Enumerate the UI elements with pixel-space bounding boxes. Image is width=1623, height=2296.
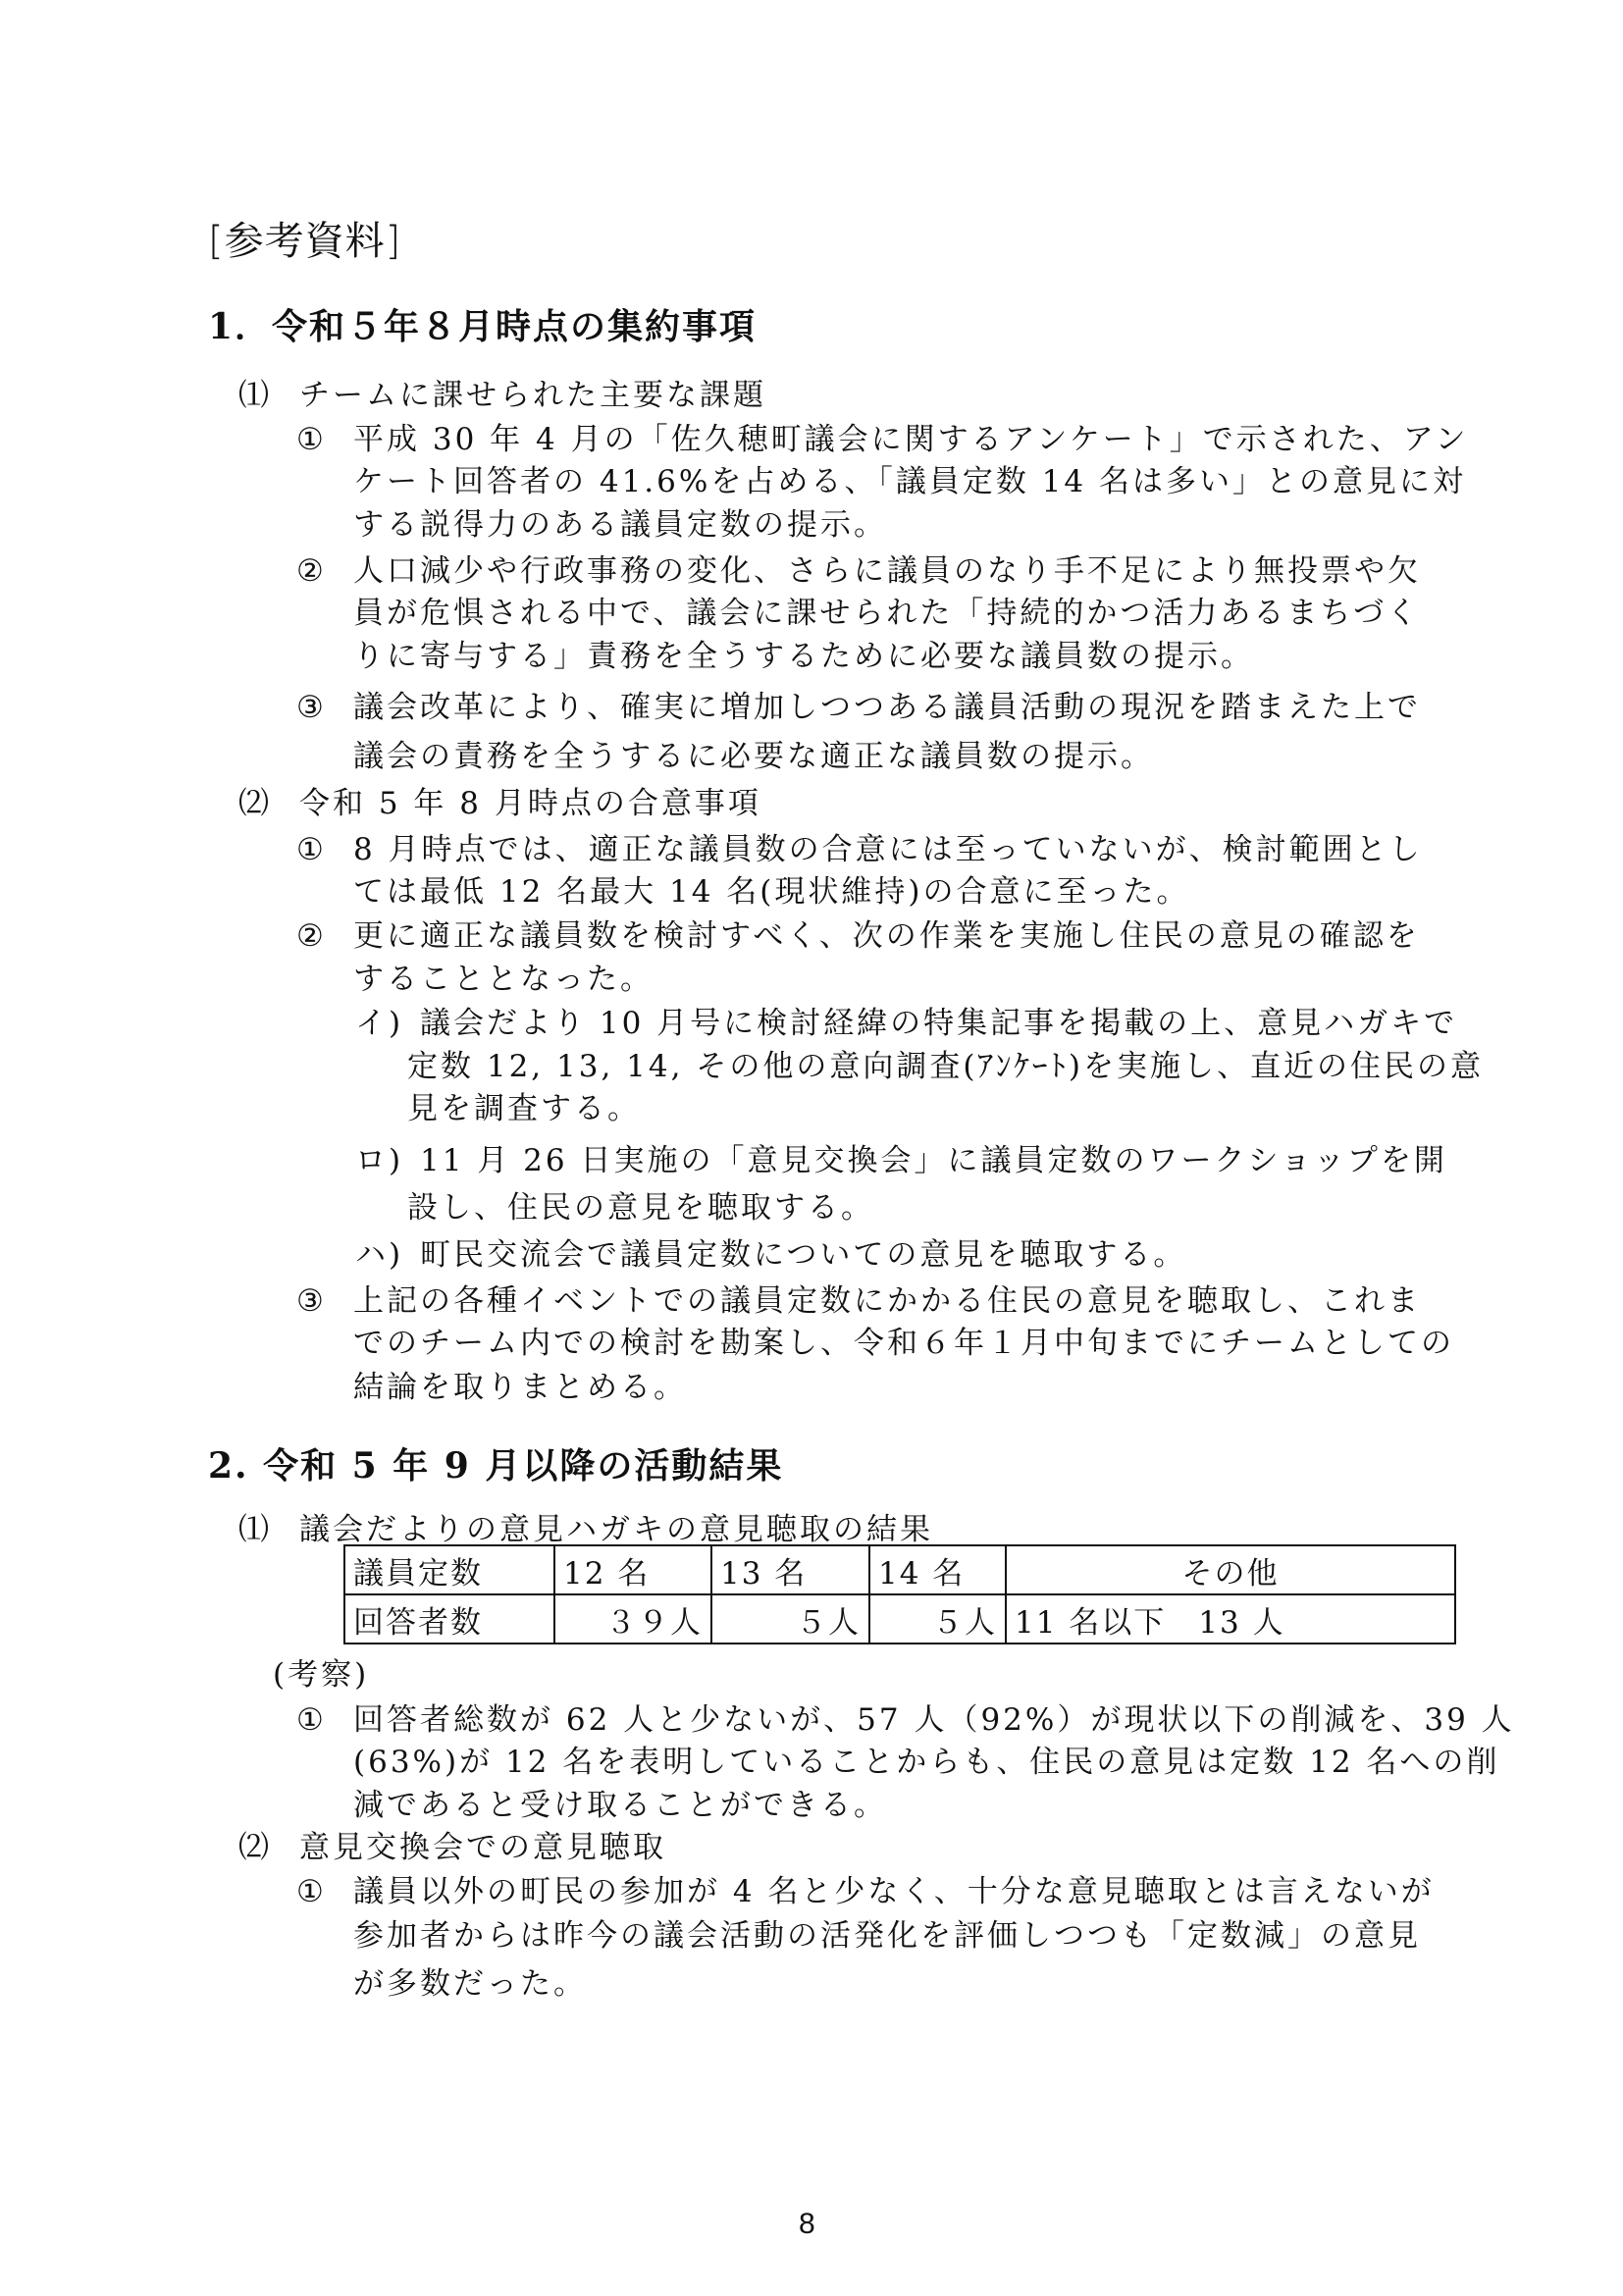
consideration-label: (考察)	[273, 1655, 369, 1695]
table-cell: 11 名以下 13 人	[1006, 1594, 1455, 1644]
section-1-sub-1-heading: ⑴チームに課せられた主要な課題	[238, 376, 766, 415]
agreement-item-3: ③上記の各種イベントでの議員定数にかかる住民の意見を聴取し、これま	[296, 1281, 1421, 1321]
sub-label: ⑵	[238, 1828, 299, 1867]
item-line: 議会だより 10 月号に検討経緯の特集記事を掲載の上、意見ハガキで	[420, 1006, 1457, 1041]
issue-item-1: ①平成 30 年 4 月の「佐久穂町議会に関するアンケート」で示された、アン	[296, 420, 1468, 459]
table-cell: ５人	[711, 1594, 869, 1644]
table-cell: 12 名	[554, 1545, 711, 1594]
item-number: ①	[296, 830, 353, 869]
item-line: 人口減少や行政事務の変化、さらに議員のなり手不足により無投票や欠	[353, 553, 1421, 589]
item-line: 上記の各種イベントでの議員定数にかかる住民の意見を聴取し、これま	[353, 1283, 1421, 1319]
sub-title: チームに課せられた主要な課題	[299, 378, 766, 413]
item-number: ③	[296, 1281, 353, 1321]
sub-label: ⑴	[238, 376, 299, 415]
item-line: する説得力のある議員定数の提示。	[353, 505, 887, 545]
item-line: 11 月 26 日実施の「意見交換会」に議員定数のワークショップを開	[420, 1143, 1447, 1178]
item-number: ②	[296, 916, 353, 956]
item-line: 議会の責務を全うするに必要な適正な議員数の提示。	[353, 737, 1154, 776]
item-line: 員が危惧される中で、議会に課せられた「持続的かつ活力あるまちづく	[353, 594, 1420, 633]
section-2-sub-2-heading: ⑵意見交換会での意見聴取	[238, 1828, 666, 1867]
sub-title: 令和 5 年 8 月時点の合意事項	[299, 786, 761, 821]
subitem-label: ロ)	[355, 1141, 420, 1180]
item-number: ①	[296, 420, 353, 459]
subitem-label: イ)	[355, 1004, 420, 1043]
table-row: 回答者数 ３９人 ５人 ５人 11 名以下 13 人	[344, 1594, 1455, 1644]
postcard-results-table: 議員定数 12 名 13 名 14 名 その他 回答者数 ３９人 ５人 ５人 1…	[343, 1544, 1456, 1644]
sub-label: ⑴	[238, 1510, 299, 1549]
item-line: 設し、住民の意見を聴取する。	[407, 1188, 874, 1227]
item-number: ①	[296, 1700, 353, 1740]
subitem-ro: ロ)11 月 26 日実施の「意見交換会」に議員定数のワークショップを開	[355, 1141, 1447, 1180]
item-line: 8 月時点では、適正な議員数の合意には至っていないが、検討範囲とし	[353, 832, 1423, 867]
sub-label: ⑵	[238, 784, 299, 823]
item-number: ②	[296, 551, 353, 591]
item-line: 参加者からは昨今の議会活動の活発化を評価しつつも「定数減」の意見	[353, 1916, 1421, 1956]
exchange-item-1: ①議員以外の町民の参加が 4 名と少なく、十分な意見聴取とは言えないが	[296, 1872, 1435, 1911]
item-line: ケート回答者の 41.6%を占める、「議員定数 14 名は多い」との意見に対	[353, 462, 1466, 501]
section-2-heading: 2. 令和 5 年 9 月以降の活動結果	[208, 1438, 783, 1488]
item-number: ③	[296, 688, 353, 727]
subitem-ha: ハ)町民交流会で議員定数についての意見を聴取する。	[355, 1235, 1186, 1275]
item-line: 議会改革により、確実に増加しつつある議員活動の現況を踏まえた上で	[353, 690, 1421, 725]
section-1-heading: 1．令和５年８月時点の集約事項	[208, 299, 757, 349]
item-line: 議員以外の町民の参加が 4 名と少なく、十分な意見聴取とは言えないが	[353, 1874, 1435, 1909]
section-1-sub-2-heading: ⑵令和 5 年 8 月時点の合意事項	[238, 784, 761, 823]
item-line: (63%)が 12 名を表明していることからも、住民の意見は定数 12 名への削	[353, 1743, 1499, 1782]
item-line: でのチーム内での検討を勘案し、令和６年１月中旬までにチームとしての	[353, 1324, 1454, 1363]
table-cell: その他	[1006, 1545, 1455, 1594]
item-line: が多数だった。	[353, 1964, 587, 2004]
issue-item-3: ③議会改革により、確実に増加しつつある議員活動の現況を踏まえた上で	[296, 688, 1421, 727]
item-line: することとなった。	[353, 960, 654, 999]
item-line: ては最低 12 名最大 14 名(現状維持)の合意に至った。	[353, 872, 1190, 912]
issue-item-2: ②人口減少や行政事務の変化、さらに議員のなり手不足により無投票や欠	[296, 551, 1421, 591]
item-line: 町民交流会で議員定数についての意見を聴取する。	[420, 1237, 1186, 1273]
table-cell: 回答者数	[344, 1594, 554, 1644]
sub-title: 議会だよりの意見ハガキの意見聴取の結果	[299, 1512, 933, 1547]
table-cell: 13 名	[711, 1545, 869, 1594]
table-header-row: 議員定数 12 名 13 名 14 名 その他	[344, 1545, 1455, 1594]
item-line: りに寄与する」責務を全うするために必要な議員数の提示。	[353, 637, 1254, 676]
page-number: 8	[799, 2208, 815, 2241]
document-page: [参考資料] 1．令和５年８月時点の集約事項 ⑴チームに課せられた主要な課題 ①…	[0, 0, 1623, 2296]
item-line: 減であると受け取ることができる。	[353, 1786, 887, 1825]
table-cell: ５人	[869, 1594, 1006, 1644]
item-line: 定数 12, 13, 14, その他の意向調査(ｱﾝｹｰﾄ)を実施し、直近の住民…	[407, 1047, 1484, 1086]
table-cell: 議員定数	[344, 1545, 554, 1594]
item-line: 結論を取りまとめる。	[353, 1368, 687, 1407]
table-cell: 14 名	[869, 1545, 1006, 1594]
consideration-item-1: ①回答者総数が 62 人と少ないが、57 人（92%）が現状以下の削減を、39 …	[296, 1700, 1515, 1740]
reference-title: [参考資料]	[208, 210, 401, 266]
sub-title: 意見交換会での意見聴取	[299, 1830, 666, 1865]
section-2-sub-1-heading: ⑴議会だよりの意見ハガキの意見聴取の結果	[238, 1510, 933, 1549]
agreement-item-1: ①8 月時点では、適正な議員数の合意には至っていないが、検討範囲とし	[296, 830, 1423, 869]
item-line: 更に適正な議員数を検討すべく、次の作業を実施し住民の意見の確認を	[353, 918, 1420, 954]
subitem-i: イ)議会だより 10 月号に検討経緯の特集記事を掲載の上、意見ハガキで	[355, 1004, 1457, 1043]
agreement-item-2: ②更に適正な議員数を検討すべく、次の作業を実施し住民の意見の確認を	[296, 916, 1420, 956]
item-line: 回答者総数が 62 人と少ないが、57 人（92%）が現状以下の削減を、39 人	[353, 1702, 1515, 1738]
item-line: 平成 30 年 4 月の「佐久穂町議会に関するアンケート」で示された、アン	[353, 422, 1468, 457]
item-number: ①	[296, 1872, 353, 1911]
table-cell: ３９人	[554, 1594, 711, 1644]
subitem-label: ハ)	[355, 1235, 420, 1275]
item-line: 見を調査する。	[407, 1089, 641, 1128]
